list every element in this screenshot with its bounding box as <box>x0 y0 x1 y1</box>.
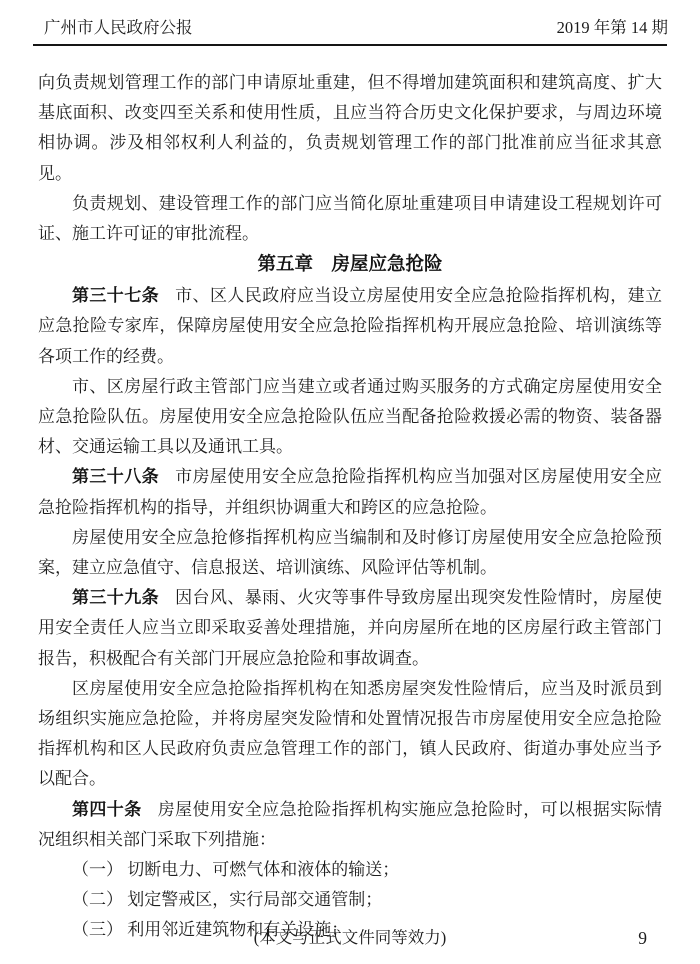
header-rule <box>33 44 667 46</box>
gazette-title: 广州市人民政府公报 <box>44 17 193 39</box>
paragraph-emergency-plan: 房屋使用安全应急抢修指挥机构应当编制和及时修订房屋使用安全应急抢险预案，建立应急… <box>38 523 662 583</box>
document-content: 向负责规划管理工作的部门申请原址重建，但不得增加建筑面积和建筑高度、扩大基底面积… <box>38 68 662 946</box>
article-40-number: 第四十条 <box>72 800 142 819</box>
article-39-number: 第三十九条 <box>72 588 159 607</box>
paragraph-rescue-teams: 市、区房屋行政主管部门应当建立或者通过购买服务的方式确定房屋使用安全应急抢险队伍… <box>38 372 662 463</box>
chapter-5-heading: 第五章 房屋应急抢险 <box>38 249 662 281</box>
article-40-paragraph: 第四十条房屋使用安全应急抢险指挥机构实施应急抢险时，可以根据实际情况组织相关部门… <box>38 795 662 855</box>
article-38-number: 第三十八条 <box>72 467 159 486</box>
paragraph-district-response: 区房屋使用安全应急抢险指挥机构在知悉房屋突发性险情后，应当及时派员到场组织实施应… <box>38 674 662 795</box>
article-37-number: 第三十七条 <box>72 286 159 305</box>
article-37-paragraph: 第三十七条市、区人民政府应当设立房屋使用安全应急抢险指挥机构，建立应急抢险专家库… <box>38 281 662 372</box>
equal-effect-note: (本文与正式文件同等效力) <box>0 926 700 950</box>
article-39-paragraph: 第三十九条因台风、暴雨、火灾等事件导致房屋出现突发性险情时，房屋使用安全责任人应… <box>38 583 662 674</box>
page-footer: (本文与正式文件同等效力) 9 <box>0 926 700 952</box>
paragraph-approval-process: 负责规划、建设管理工作的部门应当简化原址重建项目申请建设工程规划许可证、施工许可… <box>38 189 662 249</box>
measure-item-1: （一） 切断电力、可燃气体和液体的输送； <box>38 855 662 885</box>
paragraph-rebuild-continuation: 向负责规划管理工作的部门申请原址重建，但不得增加建筑面积和建筑高度、扩大基底面积… <box>38 68 662 189</box>
page-header: 广州市人民政府公报 2019 年第 14 期 <box>44 17 668 39</box>
measure-item-2: （二） 划定警戒区，实行局部交通管制； <box>38 885 662 915</box>
page-number: 9 <box>638 926 647 950</box>
article-38-paragraph: 第三十八条市房屋使用安全应急抢险指挥机构应当加强对区房屋使用安全应急抢险指挥机构… <box>38 462 662 522</box>
gazette-page: 广州市人民政府公报 2019 年第 14 期 向负责规划管理工作的部门申请原址重… <box>0 0 700 964</box>
issue-number: 2019 年第 14 期 <box>557 17 668 39</box>
